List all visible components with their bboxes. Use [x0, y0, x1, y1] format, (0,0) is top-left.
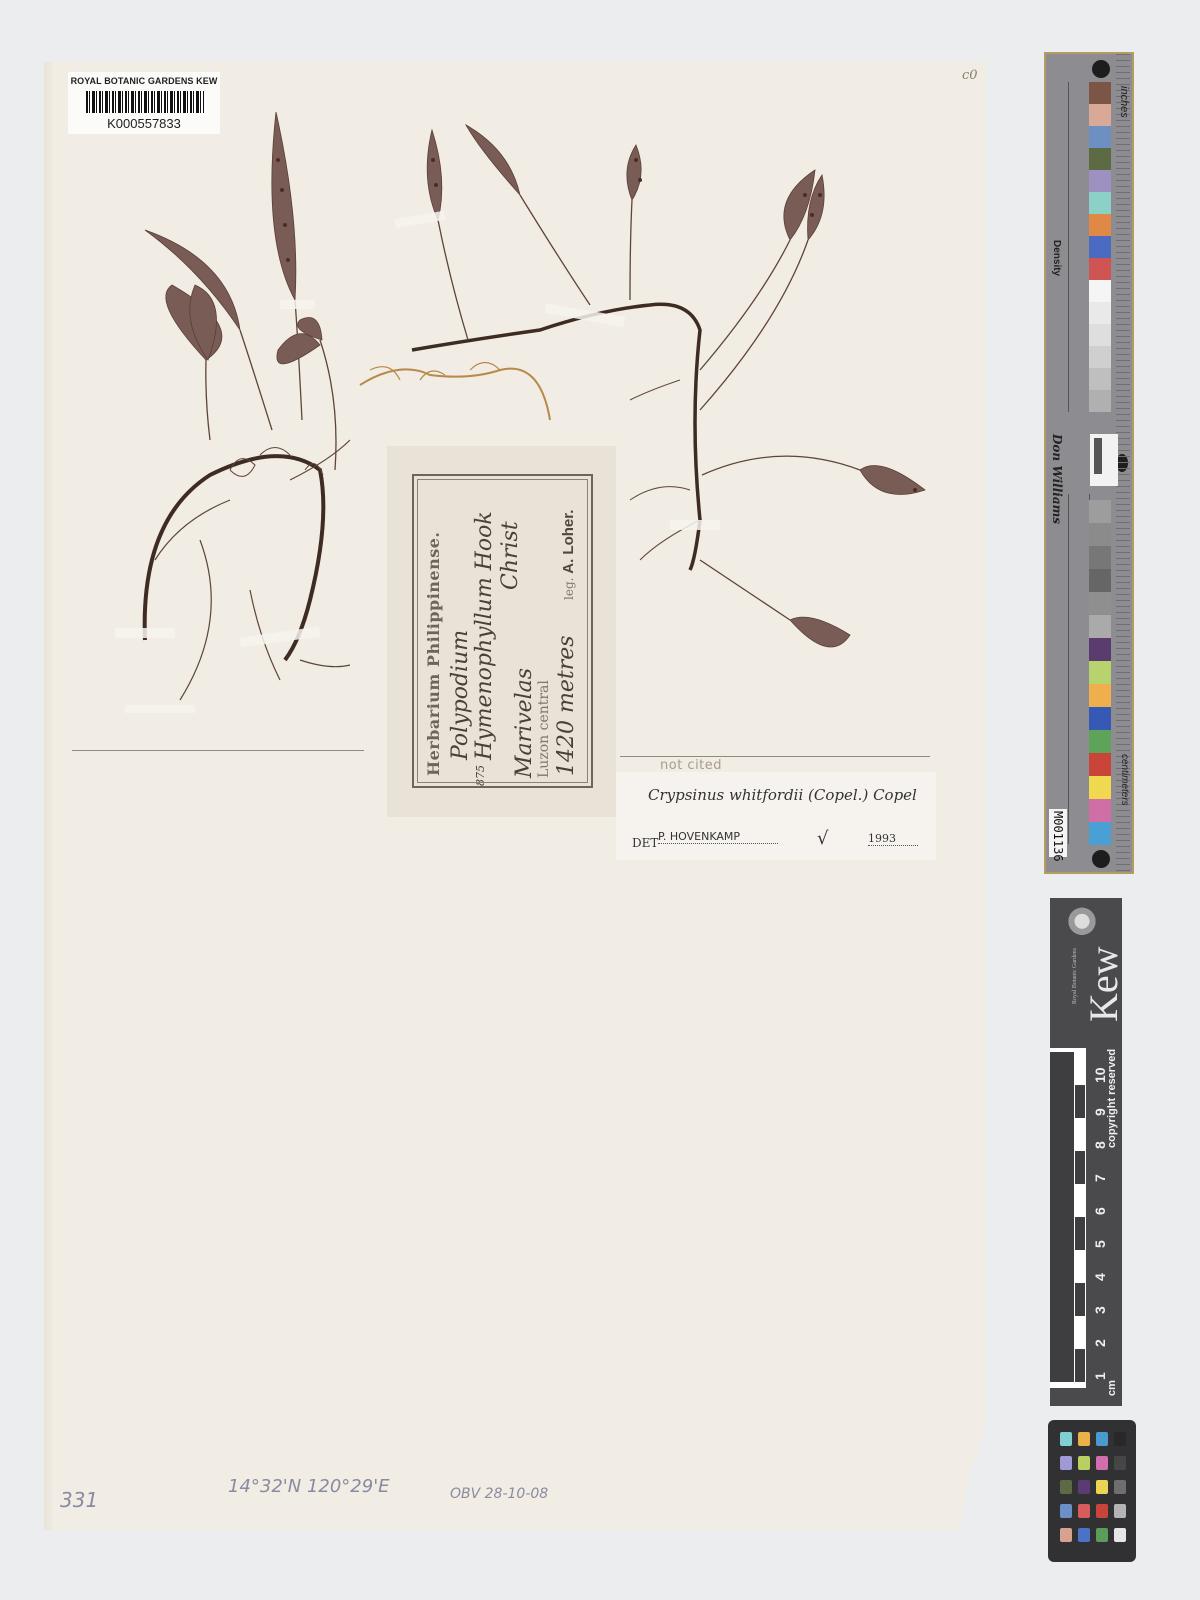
det-year: 1993 — [868, 832, 918, 846]
collector-prefix: leg. — [562, 578, 576, 600]
checker-patch — [1096, 1528, 1108, 1542]
divider-line-right — [620, 756, 930, 757]
color-patch — [1089, 82, 1111, 104]
centimeters-label: centimeters — [1119, 754, 1130, 806]
label-frame: Herbarium Philippinense. Polypodium 875 … — [412, 474, 593, 788]
scale-segment — [1050, 1184, 1074, 1217]
scale-tick-label: 1 — [1092, 1372, 1108, 1380]
scale-tick-label: 4 — [1092, 1273, 1108, 1281]
checker-patch — [1078, 1504, 1090, 1518]
color-patch — [1089, 661, 1111, 684]
color-patch — [1089, 214, 1111, 236]
label-number: 875 — [474, 765, 487, 786]
divider-line-left — [72, 750, 364, 751]
checker-patch-gray — [1114, 1432, 1126, 1446]
scale-segment — [1050, 1085, 1074, 1118]
kew-scale-bar: Kew Royal Botanic Gardens copyright rese… — [1050, 898, 1122, 1406]
gray-target — [1090, 434, 1118, 486]
determination-slip: Crypsinus whitfordii (Copel.) Copel DET … — [616, 772, 936, 860]
det-prefix: DET — [632, 836, 658, 850]
color-patch — [1089, 707, 1111, 730]
checker-patch — [1096, 1456, 1108, 1470]
color-patch — [1089, 615, 1111, 638]
color-patch — [1089, 638, 1111, 661]
checker-patch — [1078, 1528, 1090, 1542]
color-patch — [1089, 684, 1111, 707]
scale-tick-label: 3 — [1092, 1306, 1108, 1314]
label-locality: Marivelas — [512, 668, 537, 778]
color-patch — [1089, 368, 1111, 390]
kew-crest-icon — [1066, 906, 1098, 940]
scale-segment — [1050, 1151, 1074, 1184]
color-patch — [1089, 346, 1111, 368]
label-species: Hymenophyllum Hook — [472, 511, 497, 760]
color-patch — [1089, 799, 1111, 822]
unit-label: cm — [1106, 1380, 1118, 1396]
color-patch — [1089, 776, 1111, 799]
color-patch — [1089, 730, 1111, 753]
scale-tick-label: 7 — [1092, 1174, 1108, 1182]
cm-scale — [1050, 1048, 1086, 1388]
kew-logo: Kew — [1080, 946, 1127, 1022]
mini-color-checker — [1048, 1420, 1136, 1562]
checker-patch-gray — [1114, 1480, 1126, 1494]
label-altitude: 1420 metres — [554, 635, 579, 776]
scale-segment — [1075, 1151, 1085, 1184]
color-patch — [1089, 104, 1111, 126]
chart-hole-top — [1092, 60, 1110, 78]
chart-id-tag: M001136 — [1049, 809, 1067, 857]
scale-segment — [1050, 1283, 1074, 1316]
color-patch — [1089, 258, 1111, 280]
color-patch — [1089, 148, 1111, 170]
chart-ruler — [1116, 54, 1130, 872]
checker-patch-gray — [1114, 1504, 1126, 1518]
color-patch — [1089, 500, 1111, 523]
color-patch — [1089, 753, 1111, 776]
checker-patch — [1078, 1480, 1090, 1494]
color-patch — [1089, 822, 1111, 845]
color-patch — [1089, 390, 1111, 412]
collection-label: Herbarium Philippinense. Polypodium 875 … — [387, 446, 616, 817]
sheet-number: 331 — [60, 1488, 98, 1512]
scale-tick-label: 10 — [1092, 1067, 1108, 1083]
checker-patch — [1096, 1432, 1108, 1446]
det-determiner: P. HOVENKAMP — [658, 830, 778, 844]
label-collector: leg. A. Loher. — [560, 510, 577, 600]
color-patch — [1089, 324, 1111, 346]
scale-tick-label: 9 — [1092, 1108, 1108, 1116]
color-patch — [1089, 302, 1111, 324]
checker-patch — [1096, 1504, 1108, 1518]
checker-patch — [1060, 1480, 1072, 1494]
color-patch — [1089, 280, 1111, 302]
color-patch — [1089, 569, 1111, 592]
inches-label: inches — [1118, 86, 1130, 118]
color-patch — [1089, 170, 1111, 192]
scale-tick-label: 8 — [1092, 1141, 1108, 1149]
scale-segment — [1050, 1316, 1074, 1349]
not-cited-note: not cited — [660, 758, 722, 773]
scale-segment — [1075, 1283, 1085, 1316]
label-region: Luzon central — [536, 680, 552, 778]
kew-subtitle: Royal Botanic Gardens — [1072, 948, 1078, 1004]
patch-number-column — [1068, 82, 1090, 412]
scale-segment — [1075, 1349, 1085, 1382]
scale-tick-label: 5 — [1092, 1240, 1108, 1248]
collector-name: A. Loher. — [560, 510, 577, 574]
checker-patch — [1078, 1432, 1090, 1446]
checker-patch — [1060, 1456, 1072, 1470]
scale-segment — [1050, 1052, 1074, 1085]
det-taxon: Crypsinus whitfordii (Copel.) Copel — [648, 786, 917, 804]
scale-tick-label: 2 — [1092, 1339, 1108, 1347]
label-genus: Polypodium — [448, 630, 473, 760]
scale-segment — [1075, 1217, 1085, 1250]
patch-number-column-lower — [1068, 494, 1090, 844]
chart-id: M001136 — [1051, 811, 1065, 862]
checker-patch-gray — [1114, 1528, 1126, 1542]
chart-hole-bottom — [1092, 850, 1110, 868]
coordinates: 14°32'N 120°29'E — [228, 1476, 390, 1497]
scale-segment — [1050, 1349, 1074, 1382]
brand-label: Don Williams — [1050, 434, 1064, 524]
scale-segment — [1075, 1085, 1085, 1118]
digitisation-note: OBV 28-10-08 — [450, 1486, 548, 1502]
color-patch — [1089, 126, 1111, 148]
det-row: DET P. HOVENKAMP √ 1993 — [632, 836, 932, 850]
scale-segment — [1050, 1118, 1074, 1151]
scale-segment — [1050, 1217, 1074, 1250]
scale-segment — [1050, 1250, 1074, 1283]
color-patch — [1089, 236, 1111, 258]
label-author: Christ — [498, 521, 523, 590]
checker-patch — [1078, 1456, 1090, 1470]
color-patch — [1089, 192, 1111, 214]
checker-patch — [1060, 1432, 1072, 1446]
checker-patch — [1060, 1504, 1072, 1518]
color-patch — [1089, 592, 1111, 615]
herbarium-title: Herbarium Philippinense. — [424, 532, 443, 776]
color-patch — [1089, 523, 1111, 546]
checker-patch-gray — [1114, 1456, 1126, 1470]
density-label: Density — [1051, 240, 1062, 276]
checker-patch — [1096, 1480, 1108, 1494]
scale-tick-label: 6 — [1092, 1207, 1108, 1215]
checker-patch — [1060, 1528, 1072, 1542]
copyright-text: copyright reserved — [1106, 1049, 1118, 1148]
check-mark-icon: √ — [817, 828, 828, 849]
color-chart: inches Density Don Williams centimeters … — [1044, 52, 1134, 874]
color-patch — [1089, 546, 1111, 569]
